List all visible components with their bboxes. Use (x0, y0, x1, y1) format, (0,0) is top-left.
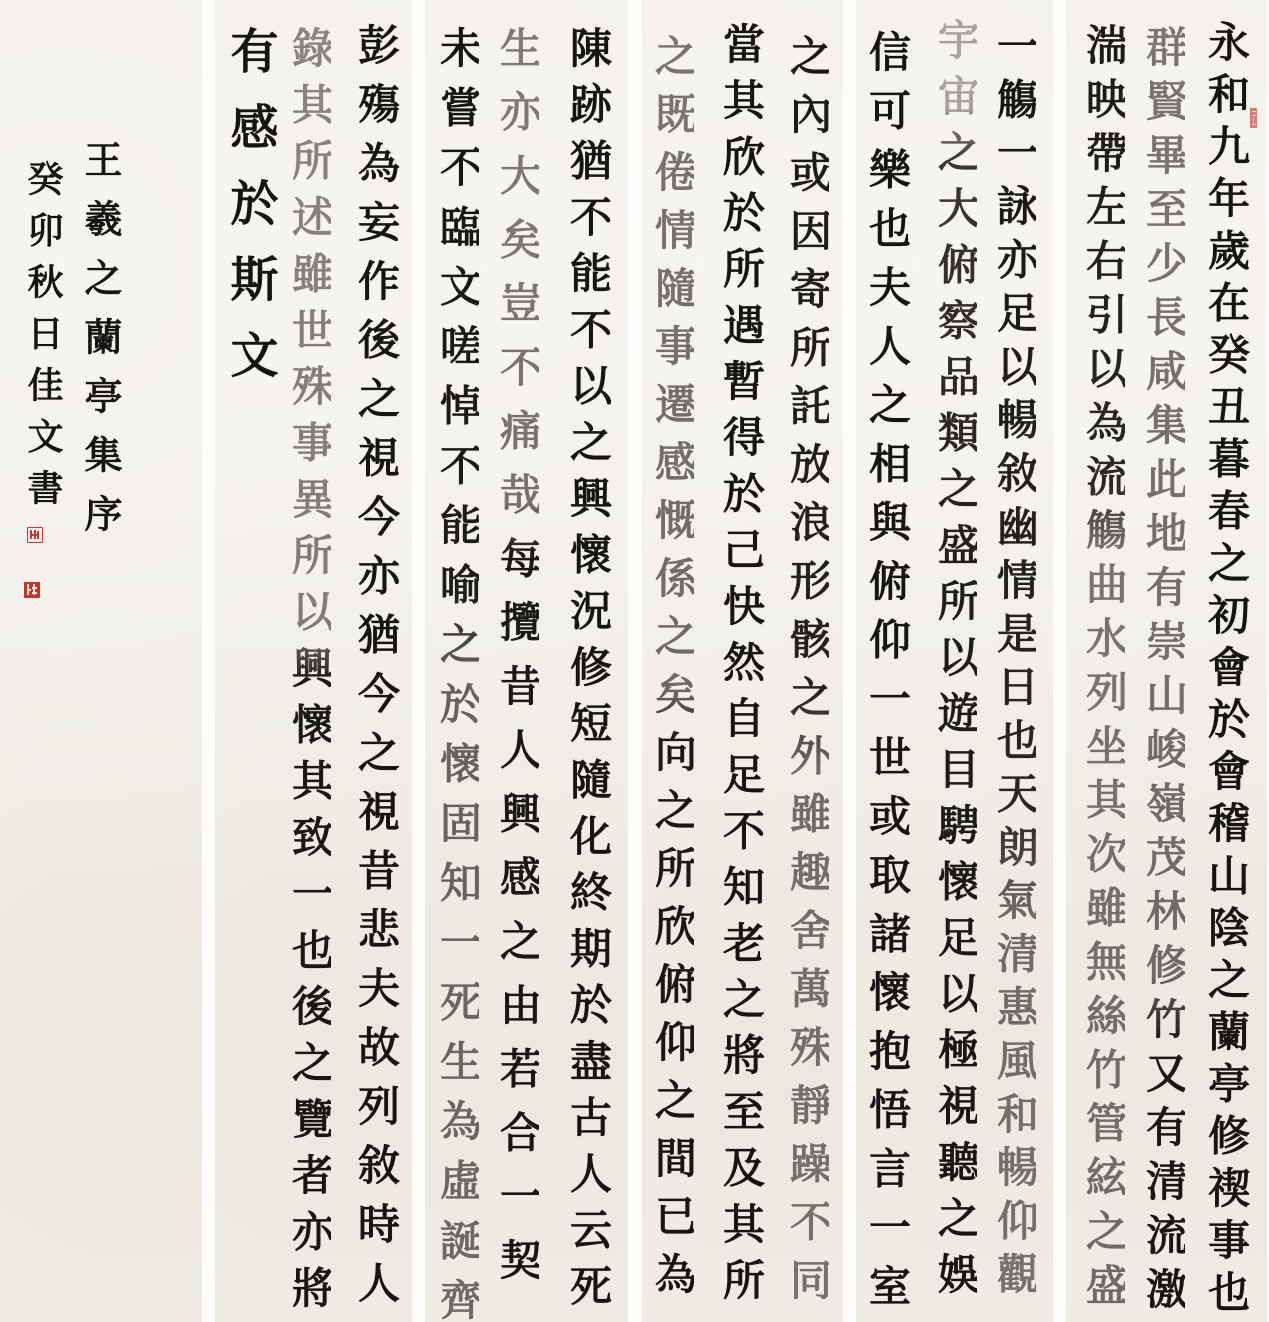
seal-glyph-stroke (27, 589, 31, 591)
seal-glyph-stroke (32, 592, 37, 594)
seal-glyph-stroke (1252, 124, 1256, 125)
text-panel-4-column-2: 生亦大矣豈不痛哉每攬昔人興感之由若合一契 (497, 26, 539, 1280)
artist-seal-white-text (24, 582, 40, 598)
text-panel-3: 之內或因寄所託放浪形骸之外雖趣舍萬殊靜躁不同 當其欣於所遇暫得於己快然自足不知老… (642, 0, 843, 1322)
artist-seal-red-text (27, 527, 43, 543)
text-panel-5: 彭殤為妄作後之視今亦猶今之視昔悲夫故列敘時人 錄其所述雖世殊事異所以興懷其致一也… (215, 0, 412, 1322)
colophon-panel: 王羲之蘭亭集序 癸卯秋日佳文書 (0, 0, 202, 1322)
text-panel-5-column-1: 彭殤為妄作後之視今亦猶今之視昔悲夫故列敘時人 (355, 23, 397, 1303)
seal-glyph-stroke (1252, 111, 1256, 112)
text-panel-2-column-2: 宇宙之大俯察品類之盛所以遊目騁懷足以極視聽之娛 (935, 18, 977, 1294)
text-panel-5-column-2: 錄其所述雖世殊事異所以興懷其致一也後之覽者亦將 (289, 26, 331, 1308)
text-panel-4-column-1: 陳跡猶不能不以之興懷況修短隨化終期於盡古人云死 (567, 26, 609, 1306)
leading-seal (1250, 108, 1257, 128)
seal-glyph-stroke (37, 531, 39, 539)
text-panel-2-column-1: 一觴一詠亦足以暢敘幽情是日也天朗氣清惠風和暢仰觀 (994, 24, 1036, 1294)
text-panel-3-column-1: 之內或因寄所託放浪形骸之外雖趣舍萬殊靜躁不同 (787, 34, 829, 1300)
seal-glyph-stroke (32, 587, 37, 589)
colophon-title-column: 王羲之蘭亭集序 (81, 140, 119, 532)
text-panel-1: 永和九年歲在癸丑暮春之初會於會稽山陰之蘭亭修禊事也 群賢畢至少長咸集此地有崇山峻… (1066, 0, 1267, 1322)
text-panel-3-column-2: 當其欣於所遇暫得於己快然自足不知老之將至及其所 (720, 22, 762, 1300)
calligraphy-six-panel-artwork: 王羲之蘭亭集序 癸卯秋日佳文書 彭殤為妄作後之視今亦猶今之視昔悲夫故列敘時人 錄… (0, 0, 1269, 1322)
colophon-signature-column: 癸卯秋日佳文書 (25, 160, 61, 505)
text-panel-1-column-1: 永和九年歲在癸丑暮春之初會於會稽山陰之蘭亭修禊事也 (1205, 20, 1247, 1312)
text-panel-1-column-2: 群賢畢至少長咸集此地有崇山峻嶺茂林修竹又有清流激 (1143, 25, 1185, 1309)
text-panel-4-column-3: 未嘗不臨文嗟悼不能喻之於懷固知一死生為虛誕齊 (437, 26, 479, 1320)
text-panel-2: 一觴一詠亦足以暢敘幽情是日也天朗氣清惠風和暢仰觀 宇宙之大俯察品類之盛所以遊目騁… (856, 0, 1053, 1322)
seal-glyph-stroke (1252, 115, 1256, 116)
text-panel-5-column-3: 有感於斯文 (226, 26, 274, 378)
text-panel-2-column-3: 信可樂也夫人之相與俯仰一世或取諸懷抱悟言一室 (866, 30, 908, 1306)
text-panel-3-column-3: 之既倦情隨事遷感慨係之矣向之所欣俯仰之間已為 (652, 34, 694, 1294)
text-panel-1-column-3: 湍映帶左右引以為流觴曲水列坐其次雖無絲竹管絃之盛 (1083, 23, 1125, 1305)
text-panel-4: 陳跡猶不能不以之興懷況修短隨化終期於盡古人云死 生亦大矣豈不痛哉每攬昔人興感之由… (425, 0, 628, 1322)
